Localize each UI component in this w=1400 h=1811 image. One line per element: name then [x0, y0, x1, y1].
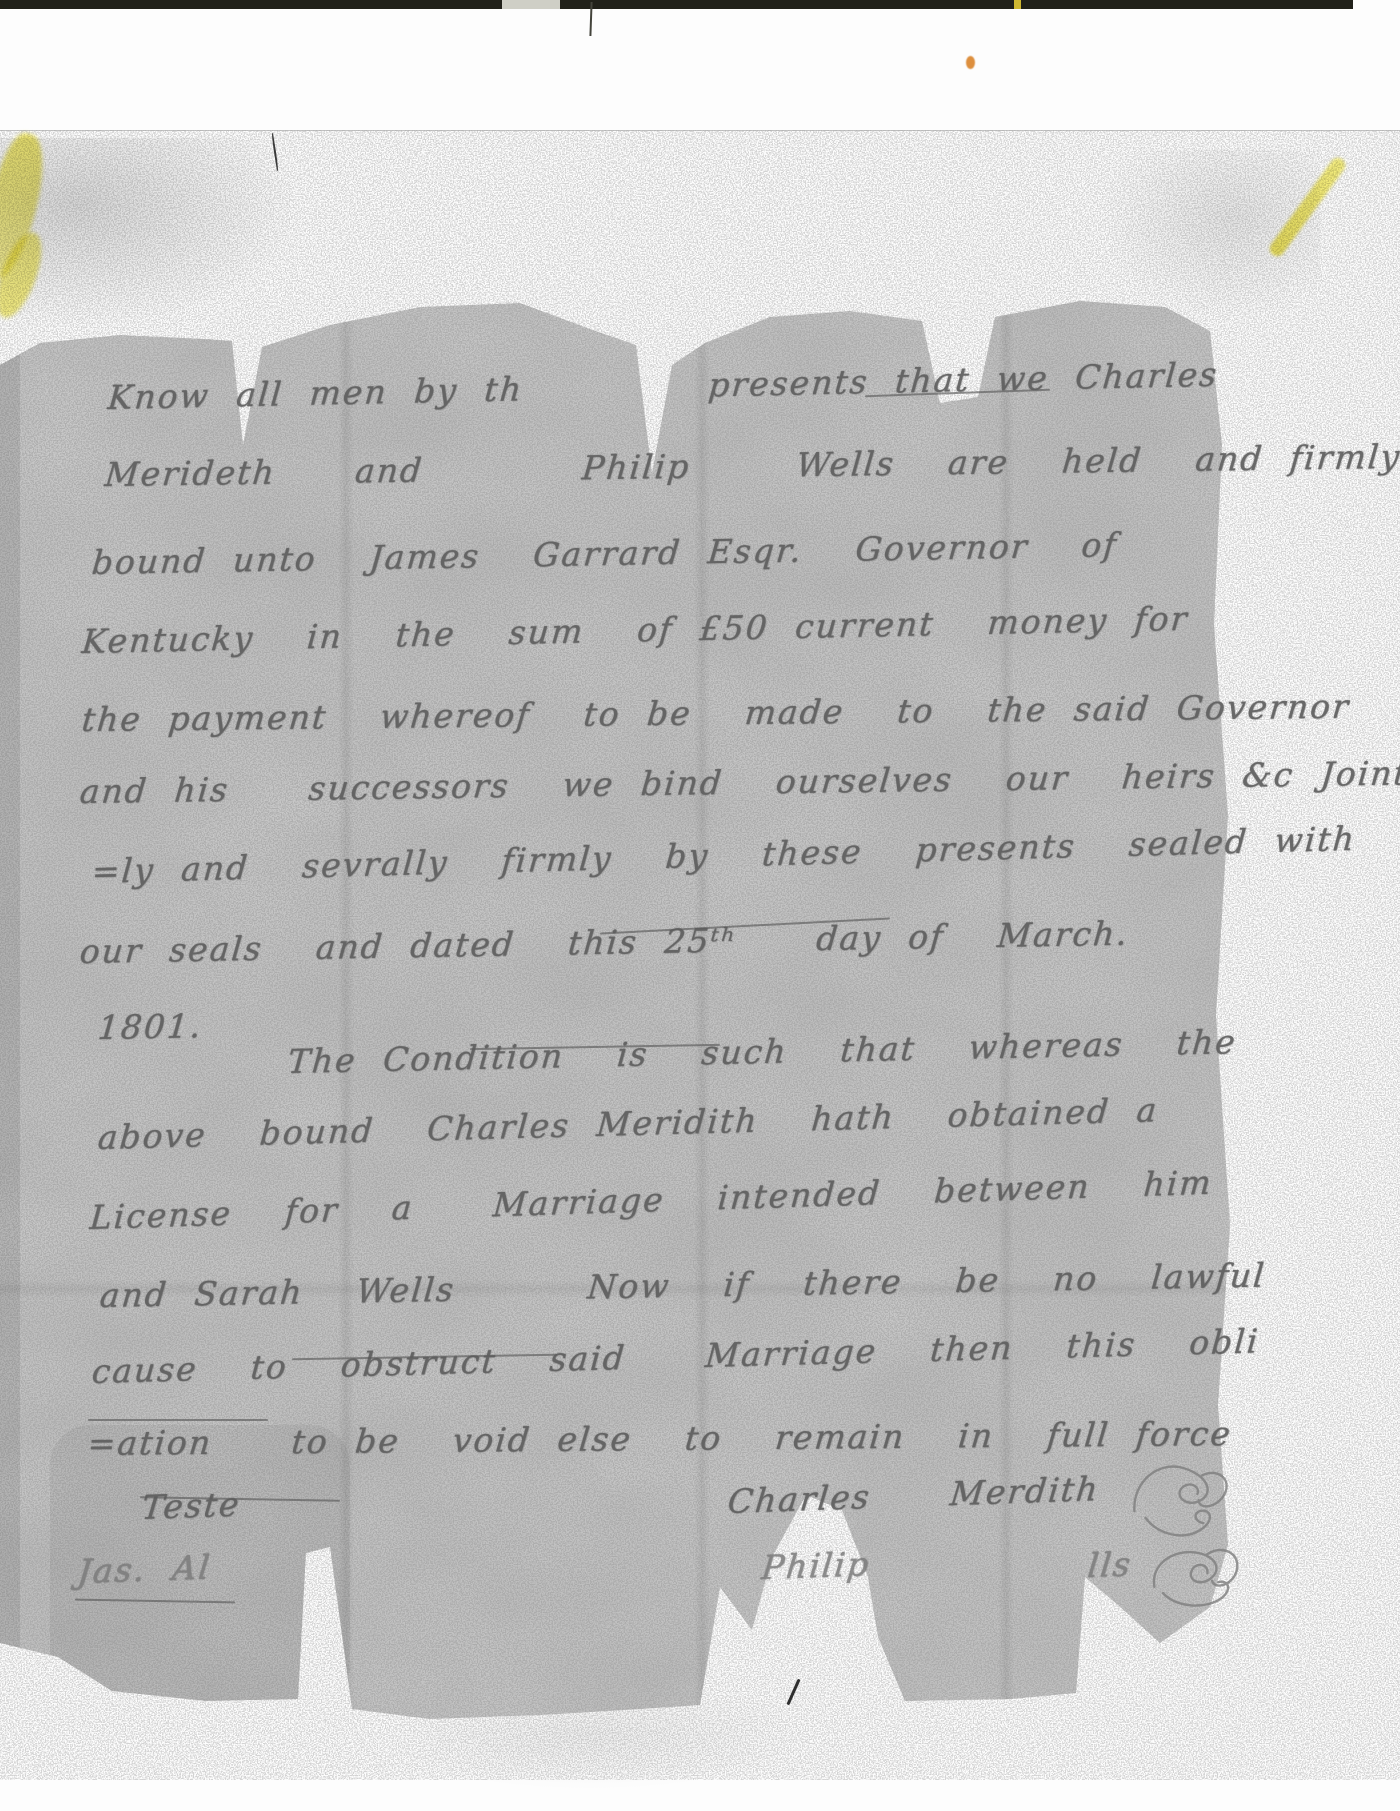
scanner-edge-bar-notch — [502, 0, 560, 9]
orange-ink-dot — [966, 56, 975, 69]
paper-left-edge-shadow — [0, 295, 20, 1725]
signer2-signature: Philip — [760, 1544, 872, 1587]
scan-artifact-vertical-tick — [589, 2, 592, 36]
scanner-edge-yellow-tick — [1014, 0, 1021, 9]
teste-label: Teste — [140, 1484, 243, 1527]
fold-crease-vertical-2 — [694, 295, 710, 1725]
scan-horizontal-hairline — [0, 130, 1400, 131]
scanner-edge-bar — [0, 0, 1353, 9]
pen-stroke — [88, 1419, 268, 1421]
seal-flourish-2 — [1144, 1534, 1251, 1627]
handwritten-line-9: 1801. — [96, 1006, 204, 1047]
scanned-document-page: Know all men by th presents that we Char… — [0, 0, 1400, 1811]
witness-signature: Jas. Al — [76, 1547, 213, 1591]
dust-blob-top-left — [0, 138, 300, 328]
